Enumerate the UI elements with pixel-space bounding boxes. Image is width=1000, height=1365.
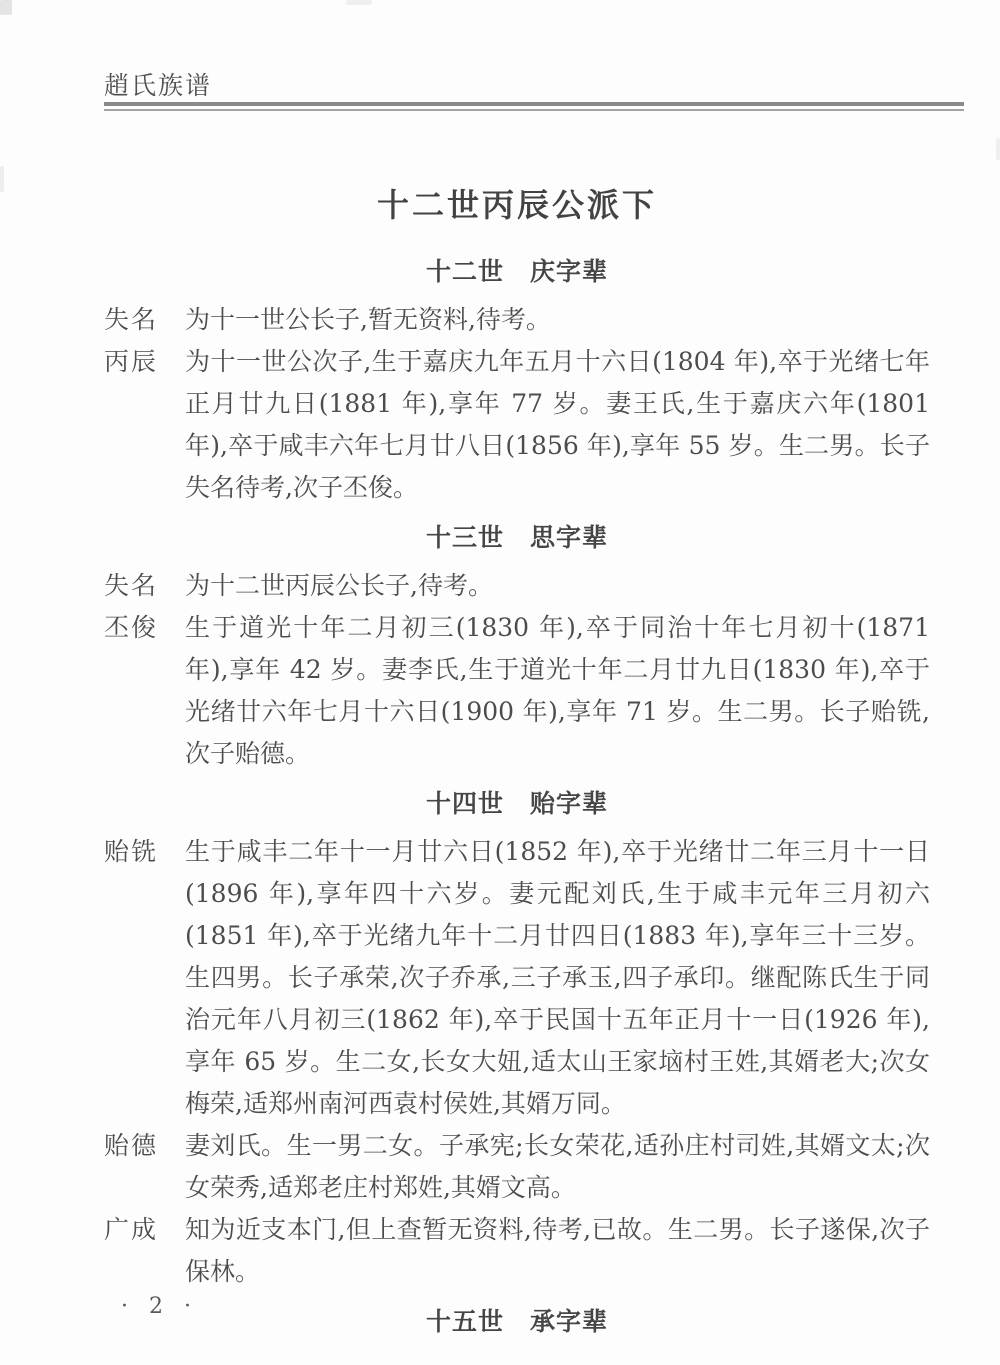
section-heading-generation-15: 十五世 承字辈 — [104, 1302, 930, 1338]
section-generation-13: 十三世 思字辈 失名 为十二世丙辰公长子,待考。 丕俊 生于道光十年二月初三(1… — [104, 518, 930, 775]
section-generation-15: 十五世 承字辈 — [104, 1302, 930, 1338]
entry-description: 知为近支本门,但上查暂无资料,待考,已故。生二男。长子遂保,次子保林。 — [185, 1209, 930, 1293]
header-rule-thick-line — [104, 102, 964, 106]
entry-description: 为十一世公次子,生于嘉庆九年五月十六日(1804 年),卒于光绪七年正月廿九日(… — [185, 341, 930, 509]
section-heading-generation-14: 十四世 贻字辈 — [104, 784, 930, 820]
chapter-title: 十二世丙辰公派下 — [104, 180, 930, 226]
section-generation-14: 十四世 贻字辈 贻铣 生于咸丰二年十一月廿六日(1852 年),卒于光绪廿二年三… — [104, 784, 930, 1293]
header-double-rule — [104, 102, 964, 111]
section-heading-generation-13: 十三世 思字辈 — [104, 518, 930, 554]
entry-yide: 贻德 妻刘氏。生一男二女。子承宪;长女荣花,适孙庄村司姓,其婿文太;次女荣秀,适… — [104, 1125, 930, 1209]
scan-artifact — [0, 0, 12, 15]
section-heading-generation-12: 十二世 庆字辈 — [104, 252, 930, 288]
entry-person-name: 广成 — [104, 1209, 185, 1251]
header-rule-thin-line — [104, 109, 964, 111]
entry-person-name: 失名 — [104, 565, 185, 607]
entry-description: 妻刘氏。生一男二女。子承宪;长女荣花,适孙庄村司姓,其婿文太;次女荣秀,适郑老庄… — [185, 1125, 930, 1209]
entry-yixian: 贻铣 生于咸丰二年十一月廿六日(1852 年),卒于光绪廿二年三月十一日(189… — [104, 831, 930, 1125]
entry-description: 生于道光十年二月初三(1830 年),卒于同治十年七月初十(1871 年),享年… — [185, 607, 930, 775]
scan-artifact — [0, 166, 4, 192]
entry-person-name: 丙辰 — [104, 341, 185, 383]
entry-pijun: 丕俊 生于道光十年二月初三(1830 年),卒于同治十年七月初十(1871 年)… — [104, 607, 930, 775]
running-header-title: 趙氏族谱 — [104, 66, 212, 102]
page-number: · 2 · — [121, 1294, 198, 1319]
scan-artifact — [996, 138, 1000, 160]
entry-shiming-1: 失名 为十一世公长子,暂无资料,待考。 — [104, 299, 930, 341]
entry-shiming-2: 失名 为十二世丙辰公长子,待考。 — [104, 565, 930, 607]
section-generation-12: 十二世 庆字辈 失名 为十一世公长子,暂无资料,待考。 丙辰 为十一世公次子,生… — [104, 252, 930, 509]
entry-person-name: 贻铣 — [104, 831, 185, 873]
scan-artifact — [346, 0, 372, 5]
entry-bingchen: 丙辰 为十一世公次子,生于嘉庆九年五月十六日(1804 年),卒于光绪七年正月廿… — [104, 341, 930, 509]
entry-description: 生于咸丰二年十一月廿六日(1852 年),卒于光绪廿二年三月十一日(1896 年… — [185, 831, 930, 1125]
entry-person-name: 贻德 — [104, 1125, 185, 1167]
entry-guangcheng: 广成 知为近支本门,但上查暂无资料,待考,已故。生二男。长子遂保,次子保林。 — [104, 1209, 930, 1293]
entry-description: 为十二世丙辰公长子,待考。 — [185, 565, 930, 607]
entry-person-name: 丕俊 — [104, 607, 185, 649]
genealogy-book-page: 趙氏族谱 十二世丙辰公派下 十二世 庆字辈 失名 为十一世公长子,暂无资料,待考… — [0, 0, 1000, 1365]
entry-description: 为十一世公长子,暂无资料,待考。 — [185, 299, 930, 341]
page-content: 十二世丙辰公派下 十二世 庆字辈 失名 为十一世公长子,暂无资料,待考。 丙辰 … — [104, 180, 930, 1349]
entry-person-name: 失名 — [104, 299, 185, 341]
